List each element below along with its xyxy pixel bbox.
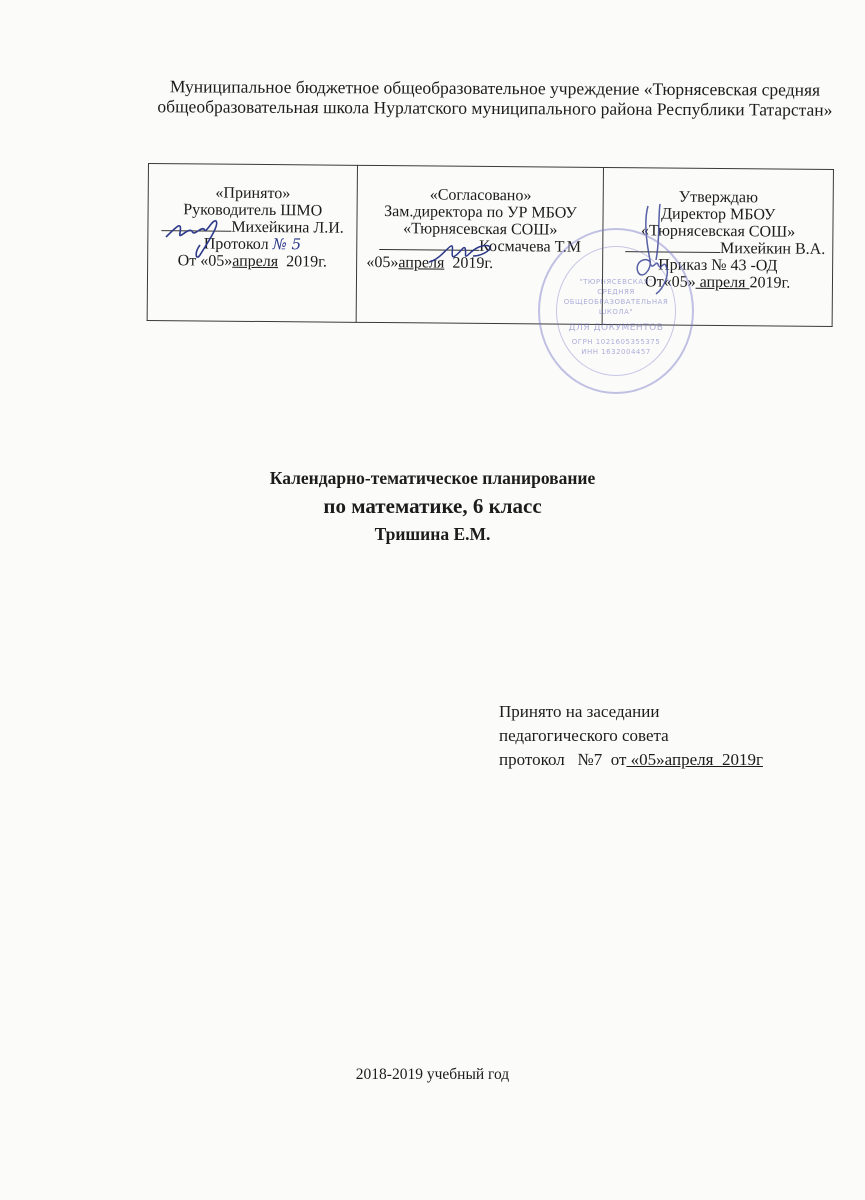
accepted-signature-line: Михейкина Л.И. [149, 218, 355, 237]
agreed-cell: «Согласовано» Зам.директора по УР МБОУ «… [356, 165, 603, 324]
accepted-role: Руководитель ШМО [150, 201, 356, 220]
council-line-3: протокол №7 от «05»апреля 2019г [499, 748, 763, 772]
agreed-title: «Согласовано» [359, 186, 602, 205]
date-year: 2019г. [286, 253, 327, 270]
agreed-org: «Тюрнясевская СОШ» [359, 220, 602, 239]
accepted-cell: «Принято» Руководитель ШМО Михейкина Л.И… [147, 164, 358, 323]
approved-title: Утверждаю [605, 188, 832, 207]
agreed-date: «05»апреля 2019г. [358, 254, 601, 273]
document-page: Муниципальное бюджетное общеобразователь… [0, 0, 865, 1200]
date-prefix: От«05» [645, 273, 696, 290]
council-approval-block: Принято на заседании педагогического сов… [499, 700, 763, 772]
school-header-line-2: общеобразовательная школа Нурлатского му… [150, 96, 840, 120]
date-year: 2019г. [452, 255, 493, 272]
date-year: 2019г. [749, 274, 790, 291]
council-line-2: педагогического совета [499, 724, 763, 748]
date-month: апреля [696, 274, 750, 291]
agreed-signature-line: Космачева Т.М [359, 237, 602, 256]
protocol-number-handwritten: № 5 [273, 235, 302, 253]
council-protocol: протокол №7 от [499, 750, 626, 769]
protocol-label: Протокол [204, 235, 269, 253]
document-subject: по математике, 6 класс [0, 494, 865, 519]
approved-cell: Утверждаю Директор МБОУ «Тюрнясевская СО… [603, 167, 834, 326]
approved-date: От«05» апреля 2019г. [604, 273, 831, 292]
date-month: апреля [398, 254, 444, 271]
approved-order: Приказ № 43 -ОД [604, 256, 831, 275]
approved-signer: Михейкин В.А. [720, 240, 825, 258]
signature-blank [379, 237, 479, 251]
document-title: Календарно-тематическое планирование [0, 468, 865, 489]
approval-table: «Принято» Руководитель ШМО Михейкина Л.И… [147, 163, 834, 327]
academic-year: 2018-2019 учебный год [0, 1066, 865, 1084]
accepted-date: От «05»апреля 2019г. [149, 252, 355, 271]
council-date: «05»апреля 2019г [626, 750, 763, 769]
approved-org: «Тюрнясевская СОШ» [605, 222, 832, 241]
document-author: Тришина Е.М. [0, 524, 865, 545]
date-prefix: «05» [366, 254, 398, 271]
accepted-signer: Михейкина Л.И. [231, 219, 344, 237]
agreed-role: Зам.директора по УР МБОУ [359, 203, 602, 222]
school-header: Муниципальное бюджетное общеобразователь… [150, 76, 840, 120]
date-prefix: От «05» [178, 252, 233, 269]
stamp-ogrn: ОГРН 1021605355375 [540, 338, 692, 347]
accepted-title: «Принято» [150, 184, 356, 203]
agreed-signer: Космачева Т.М [479, 238, 581, 256]
date-month: апреля [232, 253, 278, 270]
signature-blank [161, 218, 231, 232]
stamp-inn: ИНН 1632004457 [540, 348, 692, 357]
approved-signature-line: Михейкин В.А. [605, 239, 832, 258]
council-line-1: Принято на заседании [499, 700, 763, 724]
signature-blank [625, 239, 720, 253]
approved-role: Директор МБОУ [605, 205, 832, 224]
accepted-protocol: Протокол № 5 [149, 235, 355, 254]
